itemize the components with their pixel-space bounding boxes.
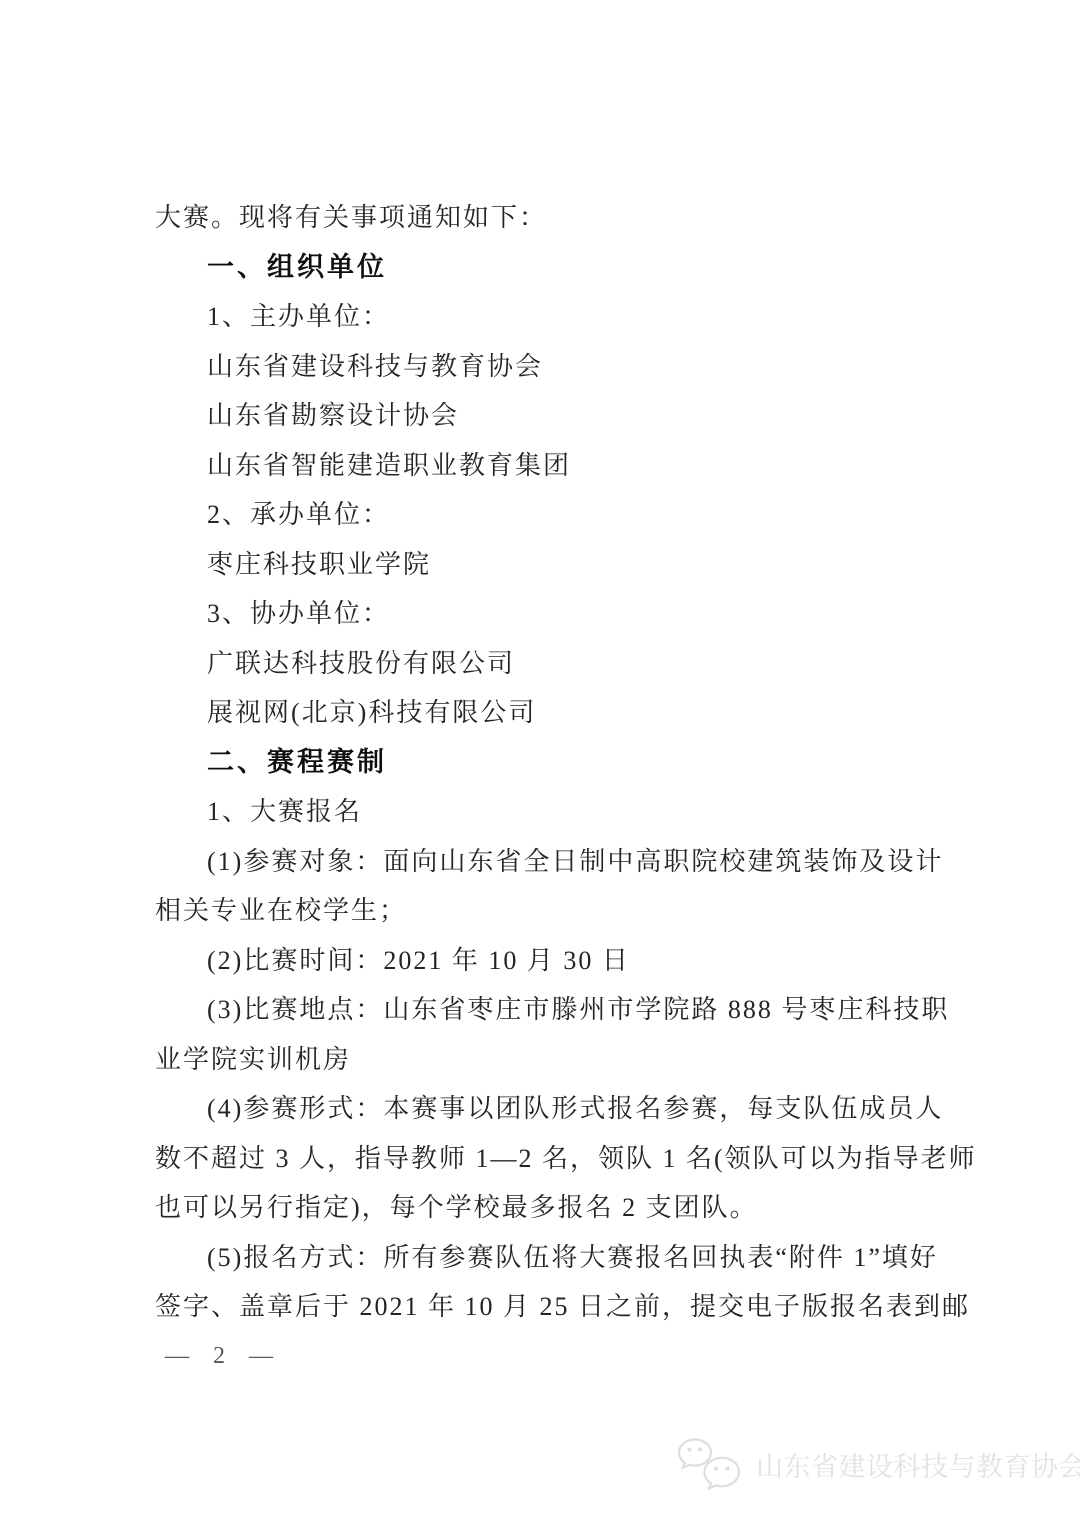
- document-line: 广联达科技股份有限公司: [155, 639, 935, 689]
- document-line: (2)比赛时间：2021 年 10 月 30 日: [155, 936, 935, 986]
- document-line: 签字、盖章后于 2021 年 10 月 25 日之前，提交电子版报名表到邮: [155, 1282, 935, 1332]
- document-line: (5)报名方式：所有参赛队伍将大赛报名回执表“附件 1”填好: [155, 1233, 935, 1283]
- document-line: 山东省勘察设计协会: [155, 391, 935, 441]
- document-line: 3、协办单位：: [155, 589, 935, 639]
- document-line: (1)参赛对象：面向山东省全日制中高职院校建筑装饰及设计: [155, 837, 935, 887]
- document-line: 也可以另行指定)，每个学校最多报名 2 支团队。: [155, 1183, 935, 1233]
- document-line: 数不超过 3 人，指导教师 1—2 名，领队 1 名(领队可以为指导老师: [155, 1134, 935, 1184]
- section-heading: 一、组织单位: [155, 243, 935, 293]
- document-line: 1、主办单位：: [155, 292, 935, 342]
- document-body: 大赛。现将有关事项通知如下： 一、组织单位 1、主办单位： 山东省建设科技与教育…: [155, 193, 935, 1381]
- page-number: — 2 —: [155, 1332, 935, 1382]
- document-line: 相关专业在校学生；: [155, 886, 935, 936]
- document-line: 业学院实训机房: [155, 1035, 935, 1085]
- document-line: 山东省建设科技与教育协会: [155, 342, 935, 392]
- watermark-text: 山东省建设科技与教育协会: [756, 1445, 1080, 1484]
- document-line: 山东省智能建造职业教育集团: [155, 441, 935, 491]
- document-line: 展视网(北京)科技有限公司: [155, 688, 935, 738]
- footer-watermark: 山东省建设科技与教育协会: [672, 1436, 1080, 1492]
- document-line: (3)比赛地点：山东省枣庄市滕州市学院路 888 号枣庄科技职: [155, 985, 935, 1035]
- section-heading: 二、赛程赛制: [155, 738, 935, 788]
- document-line: 大赛。现将有关事项通知如下：: [155, 193, 935, 243]
- document-line: 2、承办单位：: [155, 490, 935, 540]
- document-line: 枣庄科技职业学院: [155, 540, 935, 590]
- wechat-icon: [672, 1436, 746, 1492]
- document-line: 1、大赛报名: [155, 787, 935, 837]
- document-line: (4)参赛形式：本赛事以团队形式报名参赛，每支队伍成员人: [155, 1084, 935, 1134]
- document-page: 大赛。现将有关事项通知如下： 一、组织单位 1、主办单位： 山东省建设科技与教育…: [0, 0, 1080, 1515]
